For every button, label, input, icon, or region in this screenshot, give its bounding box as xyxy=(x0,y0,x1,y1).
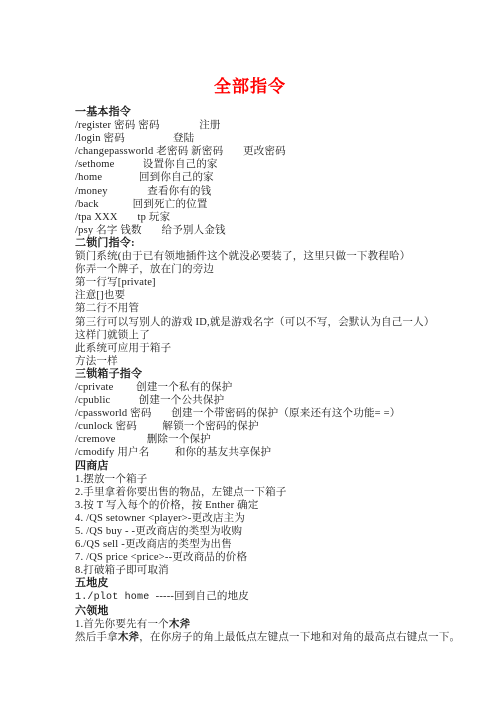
text-segment: 四商店 xyxy=(75,460,109,472)
text-segment: 一基本指令 xyxy=(75,106,131,118)
text-line: /changepassworld 老密码 新密码 更改密码 xyxy=(75,145,482,158)
text-line: /tpa XXX tp 玩家 xyxy=(75,211,482,224)
text-segment: 第三行可以写别人的游戏 ID,就是游戏名字（可以不写，会默认为自己一人） xyxy=(75,317,435,328)
text-line: 1.摆放一个箱子 xyxy=(75,473,482,486)
text-line: /register 密码 密码 注册 xyxy=(75,119,482,132)
text-segment: 此系统可应用于箱子 xyxy=(75,343,171,354)
text-line: /cprivate 创建一个私有的保护 xyxy=(75,381,482,394)
text-line: 注意[]也要 xyxy=(75,289,482,302)
text-segment: 你弄一个牌子，放在门的旁边 xyxy=(75,264,214,275)
text-line: /back 回到死亡的位置 xyxy=(75,198,482,211)
text-line: 7. /QS price <price>--更改商品的价格 xyxy=(75,551,482,564)
text-segment: 3.按 T 写入每个的价格，按 Enther 确定 xyxy=(75,500,259,511)
text-segment: 然后手拿 xyxy=(75,632,118,643)
text-line: 第一行写[private] xyxy=(75,276,482,289)
text-segment: /cpassworld 密码 创建一个带密码的保护（原来还有这个功能= =） xyxy=(75,408,400,419)
text-segment: 4. /QS setowner <player>-更改店主为 xyxy=(75,513,245,524)
text-line: /sethome 设置你自己的家 xyxy=(75,158,482,171)
text-segment: /tpa XXX tp 玩家 xyxy=(75,212,170,223)
text-line: 2.手里拿着你要出售的物品，左键点一下箱子 xyxy=(75,486,482,499)
text-segment: 第一行写[private] xyxy=(75,277,156,288)
text-segment: /psy 名字 钱数 给予别人金钱 xyxy=(75,225,226,236)
text-line: 锁门系统(由于已有领地插件这个就没必要装了，这里只做一下教程哈） xyxy=(75,250,482,263)
text-line: /cpublic 创建一个公共保护 xyxy=(75,394,482,407)
text-segment: /cprivate 创建一个私有的保护 xyxy=(75,382,232,393)
text-line: 5. /QS buy - -更改商店的类型为收购 xyxy=(75,525,482,538)
text-segment: 锁门系统(由于已有领地插件这个就没必要装了，这里只做一下教程哈） xyxy=(75,251,410,262)
section-heading: 五地皮 xyxy=(75,577,482,590)
text-line: 6./QS sell -更改商店的类型为出售 xyxy=(75,538,482,551)
text-segment: /changepassworld 老密码 新密码 更改密码 xyxy=(75,146,286,157)
text-segment: 8.打破箱子即可取消 xyxy=(75,565,169,576)
text-line: 然后手拿木斧，在你房子的角上最低点左键点一下地和对角的最高点右键点一下。 xyxy=(75,631,482,644)
text-line: /home 回到你自己的家 xyxy=(75,171,482,184)
text-segment: ，在你房子的角上最低点左键点一下地和对角的最高点右键点一下。 xyxy=(139,632,460,643)
text-segment: /money 查看你有的钱 xyxy=(75,186,211,197)
document-lines: 一基本指令/register 密码 密码 注册/login 密码 登陆/chan… xyxy=(75,106,482,644)
text-segment: /login 密码 登陆 xyxy=(75,133,194,144)
text-segment: 第二行不用管 xyxy=(75,303,139,314)
text-segment: /sethome 设置你自己的家 xyxy=(75,159,218,170)
text-segment: 注意[]也要 xyxy=(75,290,125,301)
text-line: 4. /QS setowner <player>-更改店主为 xyxy=(75,512,482,525)
section-heading: 二锁门指令: xyxy=(75,237,482,250)
text-segment: 方法一样 xyxy=(75,356,118,367)
text-line: /money 查看你有的钱 xyxy=(75,185,482,198)
text-line: 方法一样 xyxy=(75,355,482,368)
text-segment: /register 密码 密码 注册 xyxy=(75,120,221,131)
text-segment: 五地皮 xyxy=(75,577,109,589)
text-line: /cmodify 用户名 和你的基友共享保护 xyxy=(75,446,482,459)
text-segment: /back 回到死亡的位置 xyxy=(75,199,208,210)
text-line: 此系统可应用于箱子 xyxy=(75,342,482,355)
text-line: /login 密码 登陆 xyxy=(75,132,482,145)
section-heading: 三锁箱子指令 xyxy=(75,368,482,381)
text-segment: /home 回到你自己的家 xyxy=(75,172,214,183)
text-line: 1./plot home -----回到自己的地皮 xyxy=(75,590,482,604)
text-segment: 1.首先你要先有一个 xyxy=(75,619,169,630)
text-segment: 六领地 xyxy=(75,605,109,617)
document-page: 全部指令 一基本指令/register 密码 密码 注册/login 密码 登陆… xyxy=(0,0,500,707)
text-line: /cpassworld 密码 创建一个带密码的保护（原来还有这个功能= =） xyxy=(75,407,482,420)
section-heading: 四商店 xyxy=(75,460,482,473)
text-line: 第二行不用管 xyxy=(75,302,482,315)
text-segment: 7. /QS price <price>--更改商品的价格 xyxy=(75,552,247,563)
text-line: /cunlock 密码 解锁一个密码的保护 xyxy=(75,420,482,433)
text-segment: /cpublic 创建一个公共保护 xyxy=(75,395,224,406)
text-line: /cremove 删除一个保护 xyxy=(75,433,482,446)
text-segment: 1./plot home xyxy=(75,592,156,603)
text-segment: 木斧 xyxy=(118,632,139,643)
text-segment: 二锁门指令: xyxy=(75,237,135,249)
text-segment: 2.手里拿着你要出售的物品，左键点一下箱子 xyxy=(75,487,287,498)
text-segment: /cremove 删除一个保护 xyxy=(75,434,211,445)
text-segment: 木斧 xyxy=(169,619,190,630)
text-line: 1.首先你要先有一个木斧 xyxy=(75,618,482,631)
text-line: /psy 名字 钱数 给予别人金钱 xyxy=(75,224,482,237)
text-line: 3.按 T 写入每个的价格，按 Enther 确定 xyxy=(75,499,482,512)
text-segment: /cmodify 用户名 和你的基友共享保护 xyxy=(75,447,271,458)
text-segment: 这样门就锁上了 xyxy=(75,330,150,341)
text-segment: 1.摆放一个箱子 xyxy=(75,474,147,485)
text-segment: 5. /QS buy - -更改商店的类型为收购 xyxy=(75,526,242,537)
section-heading: 六领地 xyxy=(75,605,482,618)
text-line: 你弄一个牌子，放在门的旁边 xyxy=(75,263,482,276)
text-line: 这样门就锁上了 xyxy=(75,329,482,342)
section-heading: 一基本指令 xyxy=(75,106,482,119)
text-line: 8.打破箱子即可取消 xyxy=(75,564,482,577)
page-title: 全部指令 xyxy=(0,72,500,97)
text-line: 第三行可以写别人的游戏 ID,就是游戏名字（可以不写，会默认为自己一人） xyxy=(75,316,482,329)
text-segment: /cunlock 密码 解锁一个密码的保护 xyxy=(75,421,259,432)
text-segment: -----回到自己的地皮 xyxy=(156,591,249,602)
text-segment: 三锁箱子指令 xyxy=(75,368,142,380)
text-segment: 6./QS sell -更改商店的类型为出售 xyxy=(75,539,232,550)
